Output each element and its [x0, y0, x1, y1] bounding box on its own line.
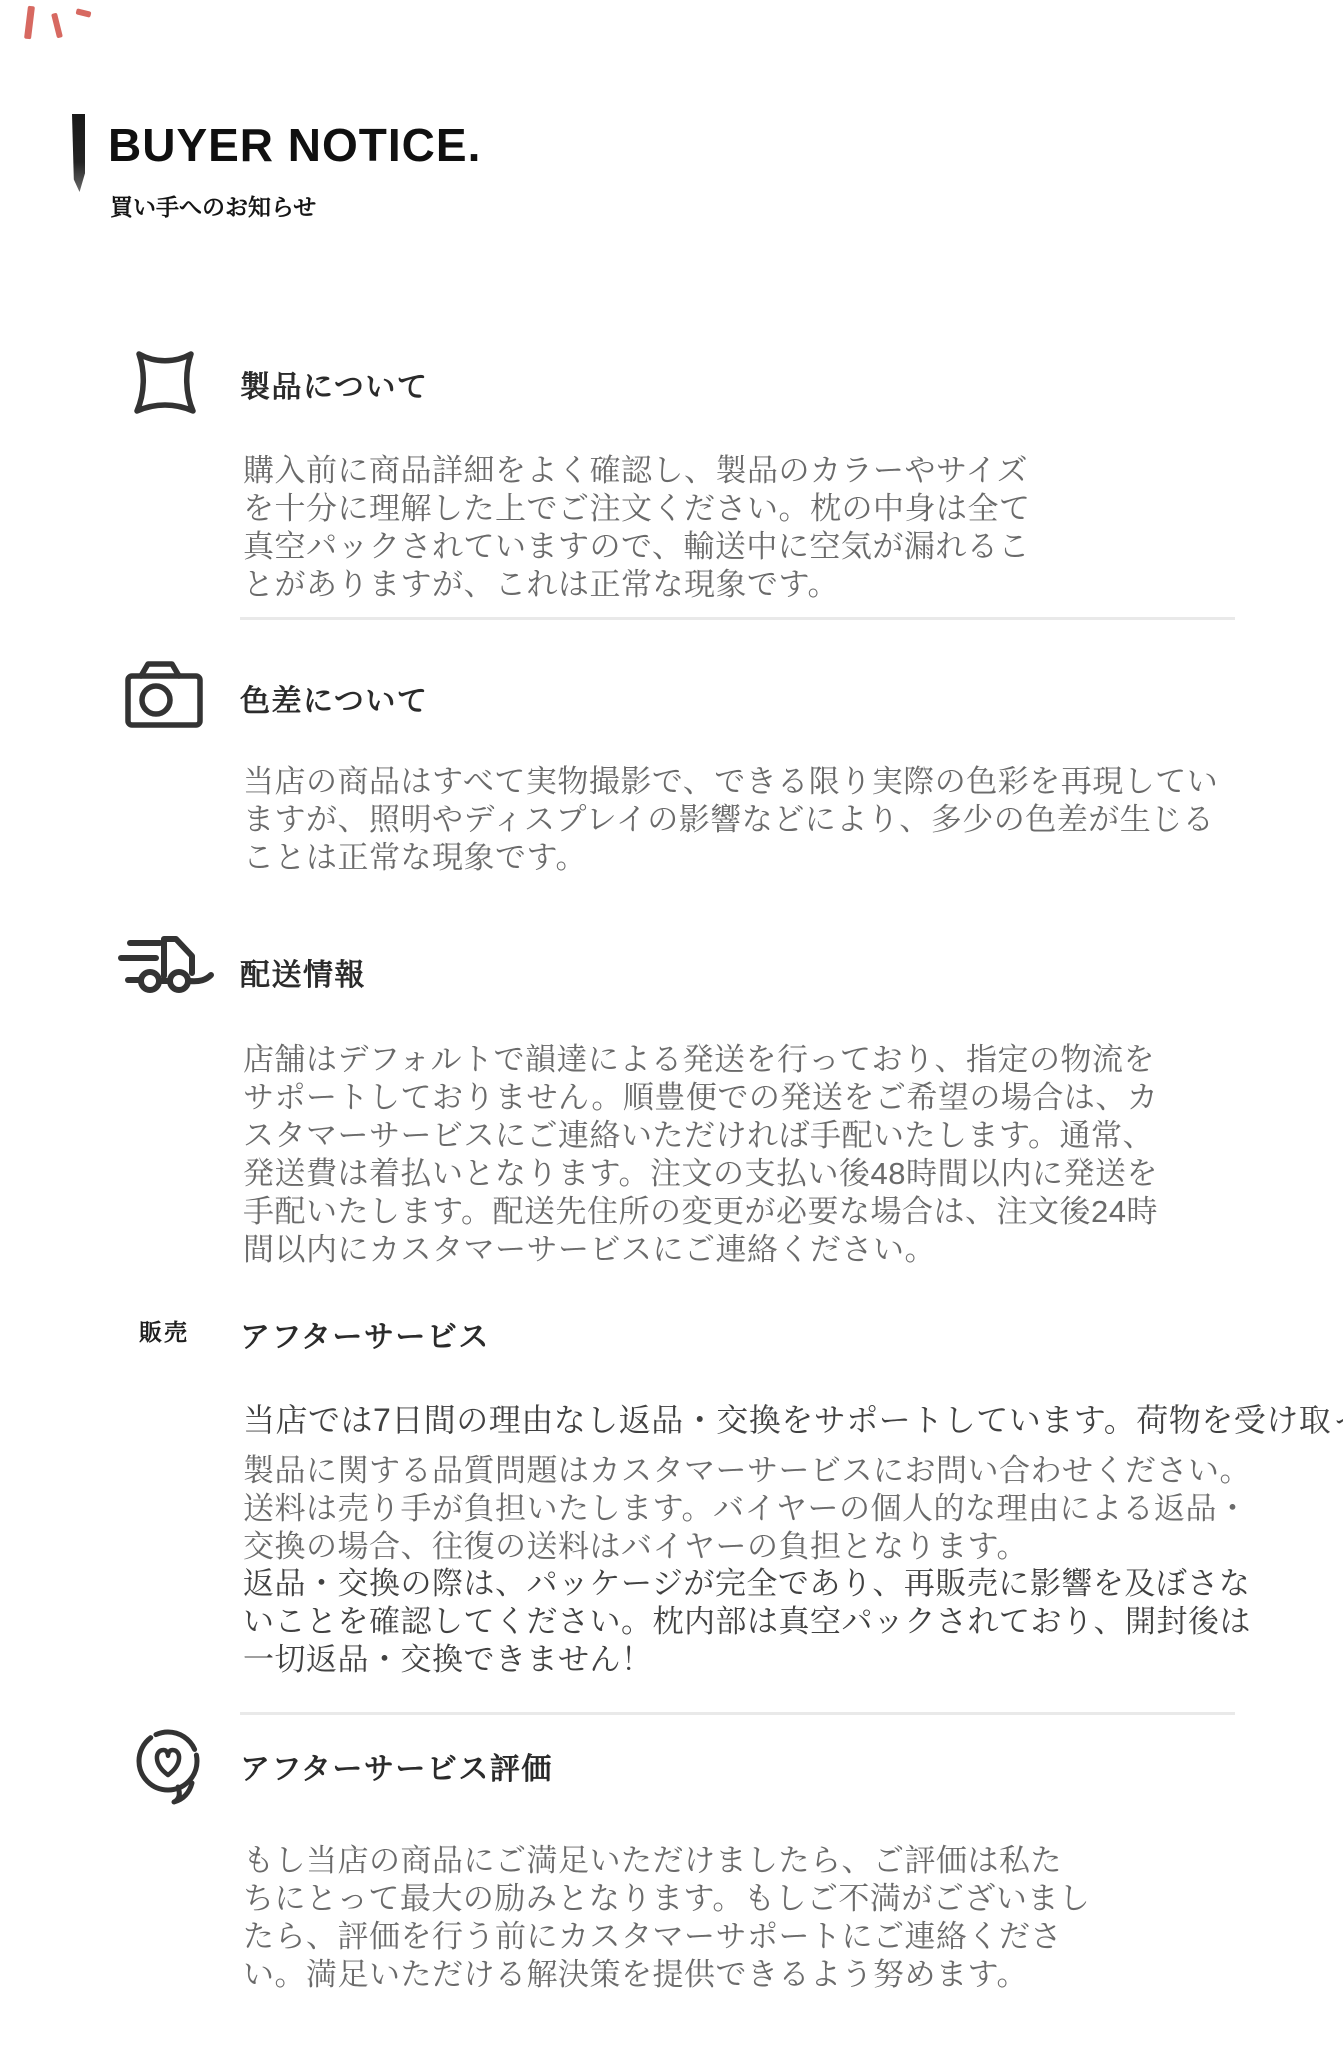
section-note: 返品・交換の際は、パッケージが完全であり、再販売に影響を及ぼさな いことを確認し…	[243, 1565, 1251, 1679]
section-divider	[240, 617, 1235, 620]
section-body: 購入前に商品詳細をよく確認し、製品のカラーやサイズ を十分に理解した上でご注文く…	[243, 452, 1031, 604]
title-accent-bar	[72, 114, 85, 192]
camera-icon	[124, 660, 204, 730]
section-heading: 色差について	[240, 676, 428, 720]
page-title: BUYER NOTICE.	[108, 118, 481, 172]
section-heading: 製品について	[240, 362, 428, 406]
red-mark-decoration	[24, 6, 35, 40]
page-subtitle: 買い手へのお知らせ	[110, 189, 316, 222]
section-body: もし当店の商品にご満足いただけましたら、ご評価は私た ちにとって最大の励みとなり…	[243, 1842, 1090, 1994]
section-heading: 配送情報	[240, 950, 366, 994]
red-mark-decoration	[51, 13, 63, 39]
section-body: 当店の商品はすべて実物撮影で、できる限り実際の色彩を再現してい ますが、照明やデ…	[243, 763, 1218, 877]
section-body: 製品に関する品質問題はカスタマーサービスにお問い合わせください。 送料は売り手が…	[243, 1452, 1251, 1566]
section-heading: アフターサービス	[240, 1312, 490, 1356]
section-body: 店舗はデフォルトで韻達による発送を行っており、指定の物流を サポートしておりませ…	[243, 1041, 1158, 1269]
section-divider	[240, 1712, 1235, 1715]
truck-icon	[116, 931, 216, 997]
section-heading: アフターサービス評価	[240, 1744, 553, 1788]
pillow-icon	[128, 346, 202, 420]
heart-bubble-icon	[130, 1725, 206, 1805]
sales-text-icon: 販売	[139, 1314, 189, 1347]
section-intro: 当店では7日間の理由なし返品・交換をサポートしています。荷物を受け取った	[243, 1400, 1343, 1440]
red-mark-decoration	[75, 8, 91, 17]
buyer-notice-page: BUYER NOTICE. 買い手へのお知らせ 製品について 購入前に商品詳細を…	[0, 0, 1343, 2048]
